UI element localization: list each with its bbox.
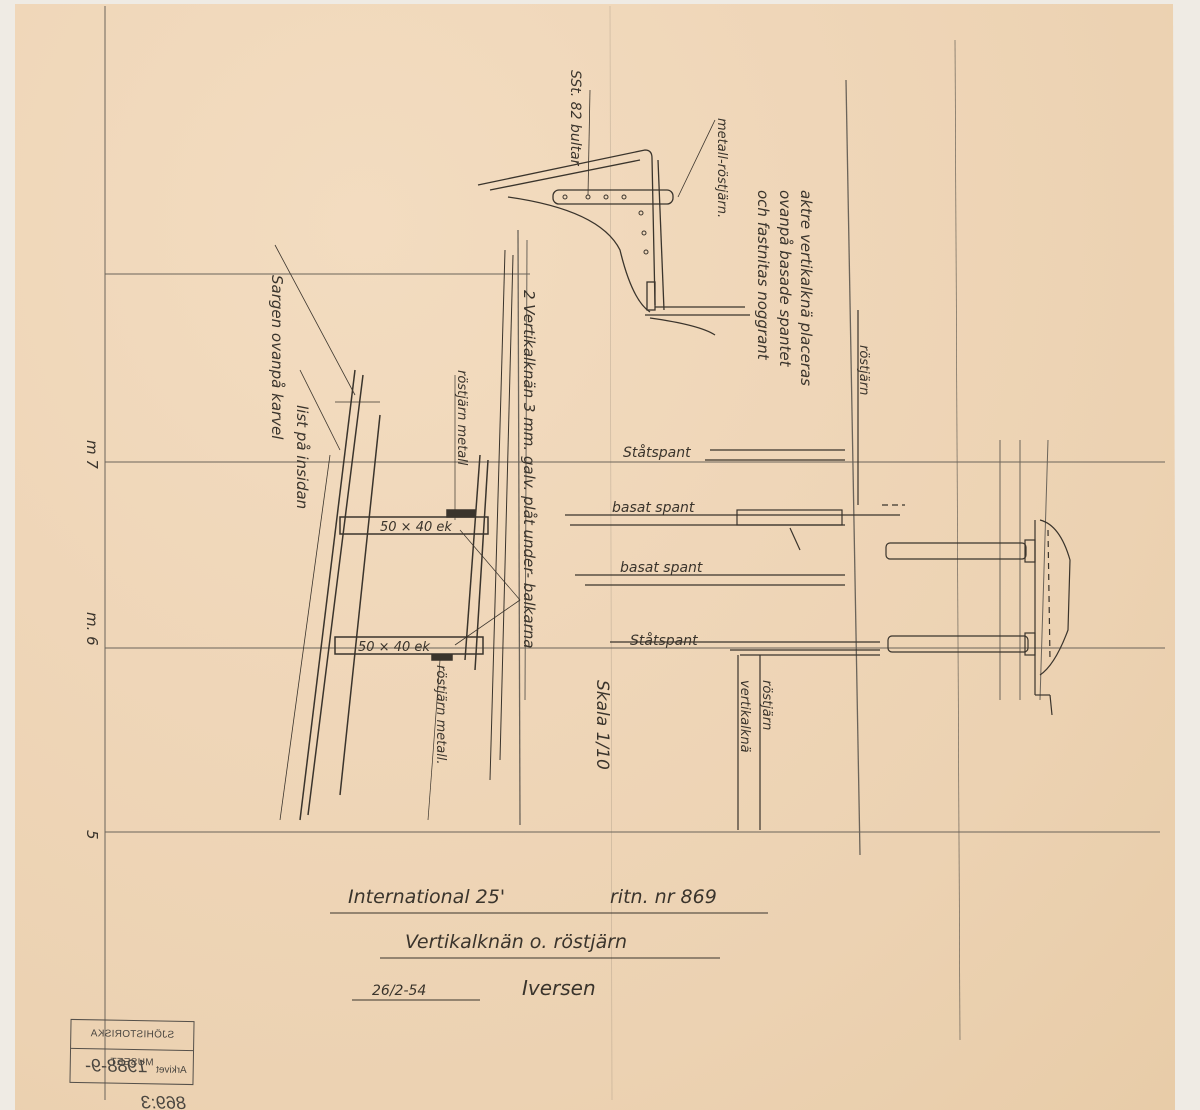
inside-batten-label: list på insidan <box>293 405 311 509</box>
stamp-institution: SJÖHISTORISKA MUSEET <box>71 1020 193 1051</box>
bolts-note: SSt. 82 bultar <box>567 70 583 167</box>
scale-label: Skala 1/10 <box>592 680 612 770</box>
beam-upper-label: 50 × 40 ek <box>380 520 452 535</box>
chainplate-metal-lower: röstjärn metall. <box>433 665 448 765</box>
station-mark-6: m. 6 <box>83 612 101 646</box>
frame-label-4: Ståtspant <box>630 632 698 649</box>
station-mark-5: 5 <box>83 830 101 840</box>
annotations: SSt. 82 bultar metall-röstjärn. aktre ve… <box>83 70 871 840</box>
drawing-subtitle: Vertikalknän o. röstjärn <box>405 931 627 953</box>
chainplate-top-label: röstjärn <box>856 345 871 395</box>
knees-note: 2 Vertikalknän 3 mm. galv. plåt under- b… <box>520 290 538 648</box>
chainplate-metal-upper: röstjärn metall <box>454 370 469 466</box>
stamp-archive-label: Arkivet <box>156 1064 187 1076</box>
drawing-date: 26/2-54 <box>372 983 426 999</box>
chainplate-bottom-label: röstjärn <box>759 680 774 730</box>
drawing-number: ritn. nr 869 <box>610 886 717 908</box>
station-mark-7: m 7 <box>83 440 101 469</box>
beam-lower-label: 50 × 40 ek <box>358 640 430 655</box>
vertical-knee-label: vertikalknä <box>737 680 752 753</box>
aft-knee-note-3: och fastnitas noggrant <box>754 190 772 361</box>
frame-label-1: Ståtspant <box>623 444 691 461</box>
aft-knee-note-1: aktre vertikalknä placeras <box>797 190 815 386</box>
frame-label-2: basat spant <box>612 500 695 516</box>
metal-chainplate-note: metall-röstjärn. <box>714 118 729 218</box>
signature: Iversen <box>522 976 596 1000</box>
archive-stamp: SJÖHISTORISKA MUSEET Arkivet 1988-9-869:… <box>69 1019 194 1085</box>
drawing-title: International 25' <box>348 886 505 908</box>
stamp-archive-row: Arkivet 1988-9-869:3 <box>70 1049 193 1083</box>
guide-lines <box>105 6 1165 1100</box>
title-block: International 25' ritn. nr 869 Vertikalk… <box>330 886 768 1000</box>
technical-drawing: SSt. 82 bultar metall-röstjärn. aktre ve… <box>0 0 1200 1110</box>
aft-knee-note-2: ovanpå basade spantet <box>776 190 794 368</box>
sheer-strake-label: Sargen ovanpå karvel <box>268 275 286 440</box>
frame-label-3: basat spant <box>620 560 703 576</box>
